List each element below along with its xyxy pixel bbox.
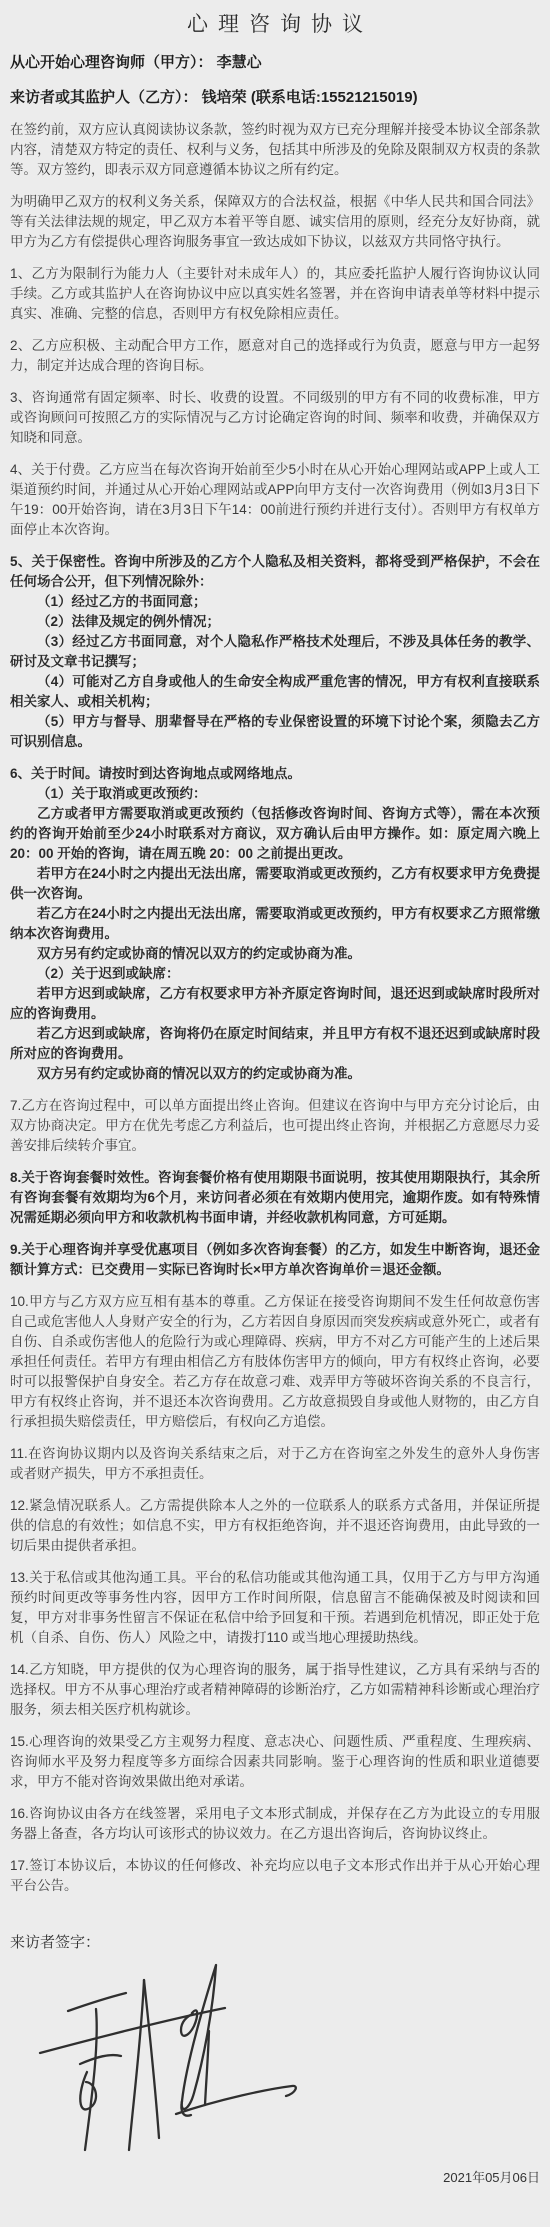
signature-date: 2021年05月06日 [10, 2169, 540, 2187]
clause-6: 6、关于时间。请按时到达咨询地点或网络地点。 [10, 764, 540, 784]
clause-6-sub-1-party-a-cancel: 若甲方在24小时之内提出无法出席，需要取消或更改预约，乙方有权要求甲方免费提供一… [10, 864, 540, 904]
clause-15: 15.心理咨询的效果受乙方主观努力程度、意志决心、问题性质、严重程度、生理疾病、… [10, 1732, 540, 1792]
clause-12: 12.紧急情况联系人。乙方需提供除本人之外的一位联系人的联系方式备用，并保证所提… [10, 1496, 540, 1556]
clause-5-sub-1: （1）经过乙方的书面同意； [10, 592, 540, 612]
clause-8: 8.关于咨询套餐时效性。咨询套餐价格有使用期限书面说明，按其使用期限执行，其余所… [10, 1168, 540, 1228]
clause-7: 7.乙方在咨询过程中，可以单方面提出终止咨询。但建议在咨询中与甲方充分讨论后，由… [10, 1096, 540, 1156]
clause-13: 13.关于私信或其他沟通工具。平台的私信功能或其他沟通工具，仅用于乙方与甲方沟通… [10, 1568, 540, 1648]
clause-6-sub-2-party-b-late: 若乙方迟到或缺席，咨询将仍在原定时间结束，并且甲方有权不退还迟到或缺席时段所对应… [10, 1024, 540, 1064]
party-b-line: 来访者或其监护人（乙方）： 钱培荣 (联系电话:15521215019) [10, 87, 540, 108]
clause-5-sub-3: （3）经过乙方书面同意，对个人隐私作严格技术处理后，不涉及具体任务的教学、研讨及… [10, 632, 540, 672]
clause-5-sub-5: （5）甲方与督导、朋辈督导在严格的专业保密设置的环境下讨论个案，须隐去乙方可识别… [10, 712, 540, 752]
clause-6-sub-1-body: 乙方或者甲方需要取消或更改预约（包括修改咨询时间、咨询方式等），需在本次预约的咨… [10, 804, 540, 864]
clause-6-sub-2-negotiation: 双方另有约定或协商的情况以双方的约定或协商为准。 [10, 1064, 540, 1084]
agreement-intro: 在签约前，双方应认真阅读协议条款，签约时视为双方已充分理解并接受本协议全部条款内… [10, 120, 540, 180]
clause-17: 17.签订本协议后，本协议的任何修改、补充均应以电子文本形式作出并于从心开始心理… [10, 1856, 540, 1896]
clause-3: 3、咨询通常有固定频率、时长、收费的设置。不同级别的甲方有不同的收费标准，甲方或… [10, 388, 540, 448]
clause-5: 5、关于保密性。咨询中所涉及的乙方个人隐私及相关资料，都将受到严格保护，不会在任… [10, 552, 540, 592]
visitor-signature-label: 来访者签字： [10, 1932, 540, 1954]
clause-14: 14.乙方知晓，甲方提供的仅为心理咨询的服务，属于指导性建议，乙方具有采纳与否的… [10, 1660, 540, 1720]
clause-9: 9.关于心理咨询并享受优惠项目（例如多次咨询套餐）的乙方，如发生中断咨询，退还金… [10, 1240, 540, 1280]
visitor-signature-image [30, 1954, 310, 2159]
agreement-document: 心理咨询协议 从心开始心理咨询师（甲方）： 李慧心 来访者或其监护人（乙方）： … [0, 0, 550, 2227]
clause-5-sub-2: （2）法律及规定的例外情况； [10, 612, 540, 632]
clause-6-sub-1-heading: （1）关于取消或更改预约： [10, 784, 540, 804]
clause-6-sub-1-negotiation: 双方另有约定或协商的情况以双方的约定或协商为准。 [10, 944, 540, 964]
party-a-line: 从心开始心理咨询师（甲方）： 李慧心 [10, 52, 540, 73]
clause-2: 2、乙方应积极、主动配合甲方工作，愿意对自己的选择或行为负责，愿意与甲方一起努力… [10, 336, 540, 376]
clause-6-sub-2-party-a-late: 若甲方迟到或缺席，乙方有权要求甲方补齐原定咨询时间，退还迟到或缺席时段所对应的咨… [10, 984, 540, 1024]
agreement-preamble: 为明确甲乙双方的权利义务关系，保障双方的合法权益，根据《中华人民共和国合同法》等… [10, 192, 540, 252]
clause-6-sub-2-heading: （2）关于迟到或缺席： [10, 964, 540, 984]
clause-16: 16.咨询协议由各方在线签署，采用电子文本形式制成，并保存在乙方为此设立的专用服… [10, 1804, 540, 1844]
clause-4: 4、关于付费。乙方应当在每次咨询开始前至少5小时在从心开始心理网站或APP上或人… [10, 460, 540, 540]
page-title: 心理咨询协议 [10, 8, 540, 38]
clause-1: 1、乙方为限制行为能力人（主要针对未成年人）的，其应委托监护人履行咨询协议认同手… [10, 264, 540, 324]
clause-6-sub-1-party-b-cancel: 若乙方在24小时之内提出无法出席，需要取消或更改预约，甲方有权要求乙方照常缴纳本… [10, 904, 540, 944]
clause-11: 11.在咨询协议期内以及咨询关系结束之后，对于乙方在咨询室之外发生的意外人身伤害… [10, 1444, 540, 1484]
clause-5-sub-4: （4）可能对乙方自身或他人的生命安全构成严重危害的情况，甲方有权利直接联系相关家… [10, 672, 540, 712]
clause-10: 10.甲方与乙方双方应互相有基本的尊重。乙方保证在接受咨询期间不发生任何故意伤害… [10, 1292, 540, 1432]
visitor-signature-area [10, 1954, 540, 2159]
